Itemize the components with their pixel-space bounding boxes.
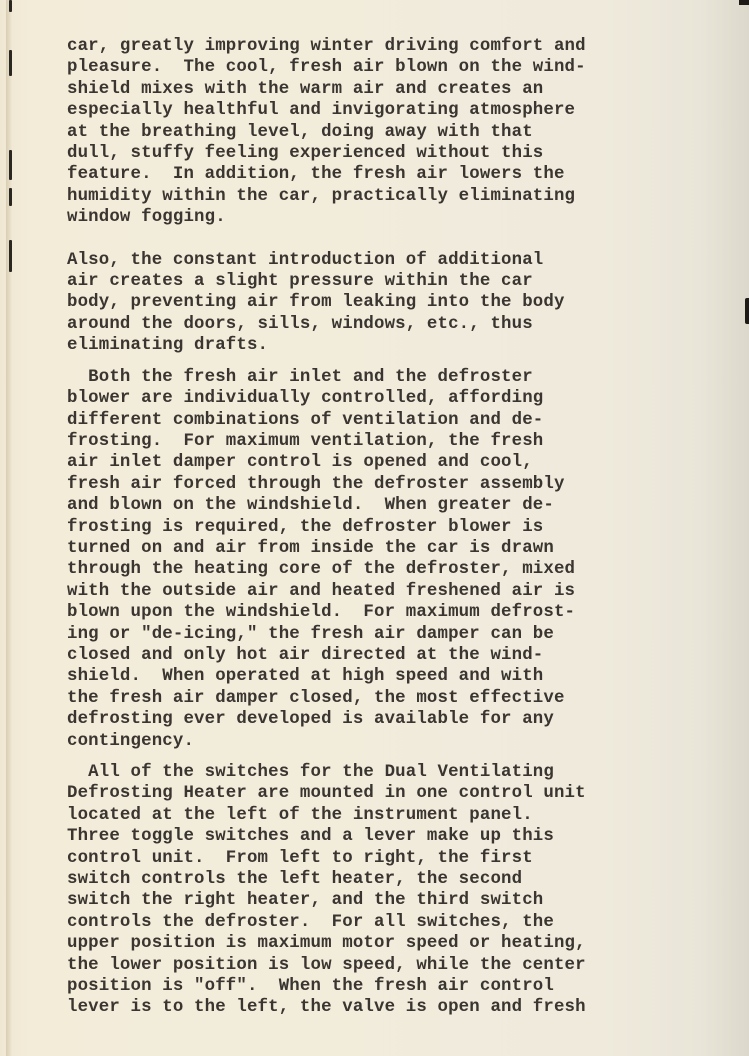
text-line: ing or "de-icing," the fresh air damper …: [67, 624, 707, 645]
text-line: around the doors, sills, windows, etc., …: [67, 314, 707, 335]
text-line: blower are individually controlled, affo…: [67, 388, 707, 409]
text-line: dull, stuffy feeling experienced without…: [67, 143, 707, 164]
text-line: switch the right heater, and the third s…: [67, 890, 707, 911]
paragraph-fresh-air-benefits: car, greatly improving winter driving co…: [67, 36, 707, 229]
text-line: position is "off". When the fresh air co…: [67, 976, 707, 997]
binding-mark: [9, 240, 12, 272]
clip-mark: [745, 298, 749, 324]
scanned-page: car, greatly improving winter driving co…: [0, 0, 749, 1056]
binding-mark: [9, 50, 12, 76]
text-line: turned on and air from inside the car is…: [67, 538, 707, 559]
text-line: body, preventing air from leaking into t…: [67, 292, 707, 313]
text-line: the lower position is low speed, while t…: [67, 955, 707, 976]
text-line: contingency.: [67, 731, 707, 752]
text-line: at the breathing level, doing away with …: [67, 122, 707, 143]
binding-mark: [9, 150, 12, 180]
text-line: car, greatly improving winter driving co…: [67, 36, 707, 57]
document-body: car, greatly improving winter driving co…: [67, 36, 707, 1019]
text-line: located at the left of the instrument pa…: [67, 805, 707, 826]
text-line: switch controls the left heater, the sec…: [67, 869, 707, 890]
text-line: controls the defroster. For all switches…: [67, 912, 707, 933]
paragraph-defroster-controls: Both the fresh air inlet and the defrost…: [67, 367, 707, 752]
text-line: shield mixes with the warm air and creat…: [67, 79, 707, 100]
text-line: pleasure. The cool, fresh air blown on t…: [67, 57, 707, 78]
text-line: humidity within the car, practically eli…: [67, 186, 707, 207]
text-line: window fogging.: [67, 207, 707, 228]
binding-mark: [9, 188, 12, 206]
text-line: Defrosting Heater are mounted in one con…: [67, 783, 707, 804]
text-line: feature. In addition, the fresh air lowe…: [67, 164, 707, 185]
text-line: upper position is maximum motor speed or…: [67, 933, 707, 954]
text-line: especially healthful and invigorating at…: [67, 100, 707, 121]
text-line: Three toggle switches and a lever make u…: [67, 826, 707, 847]
text-line: with the outside air and heated freshene…: [67, 581, 707, 602]
text-line: defrosting ever developed is available f…: [67, 709, 707, 730]
text-line: Also, the constant introduction of addit…: [67, 250, 707, 271]
text-line: lever is to the left, the valve is open …: [67, 997, 707, 1018]
text-line: All of the switches for the Dual Ventila…: [67, 762, 707, 783]
text-line: control unit. From left to right, the fi…: [67, 848, 707, 869]
paragraph-air-pressure: Also, the constant introduction of addit…: [67, 250, 707, 357]
text-line: eliminating drafts.: [67, 335, 707, 356]
page-corner-shadow: [739, 0, 749, 5]
text-line: through the heating core of the defroste…: [67, 559, 707, 580]
text-line: closed and only hot air directed at the …: [67, 645, 707, 666]
text-line: air creates a slight pressure within the…: [67, 271, 707, 292]
text-line: different combinations of ventilation an…: [67, 410, 707, 431]
text-line: frosting is required, the defroster blow…: [67, 517, 707, 538]
text-line: frosting. For maximum ventilation, the f…: [67, 431, 707, 452]
text-line: Both the fresh air inlet and the defrost…: [67, 367, 707, 388]
binding-mark: [9, 0, 12, 12]
text-line: blown upon the windshield. For maximum d…: [67, 602, 707, 623]
text-line: fresh air forced through the defroster a…: [67, 474, 707, 495]
text-line: the fresh air damper closed, the most ef…: [67, 688, 707, 709]
paragraph-switch-layout: All of the switches for the Dual Ventila…: [67, 762, 707, 1019]
text-line: and blown on the windshield. When greate…: [67, 495, 707, 516]
text-line: shield. When operated at high speed and …: [67, 666, 707, 687]
text-line: air inlet damper control is opened and c…: [67, 452, 707, 473]
